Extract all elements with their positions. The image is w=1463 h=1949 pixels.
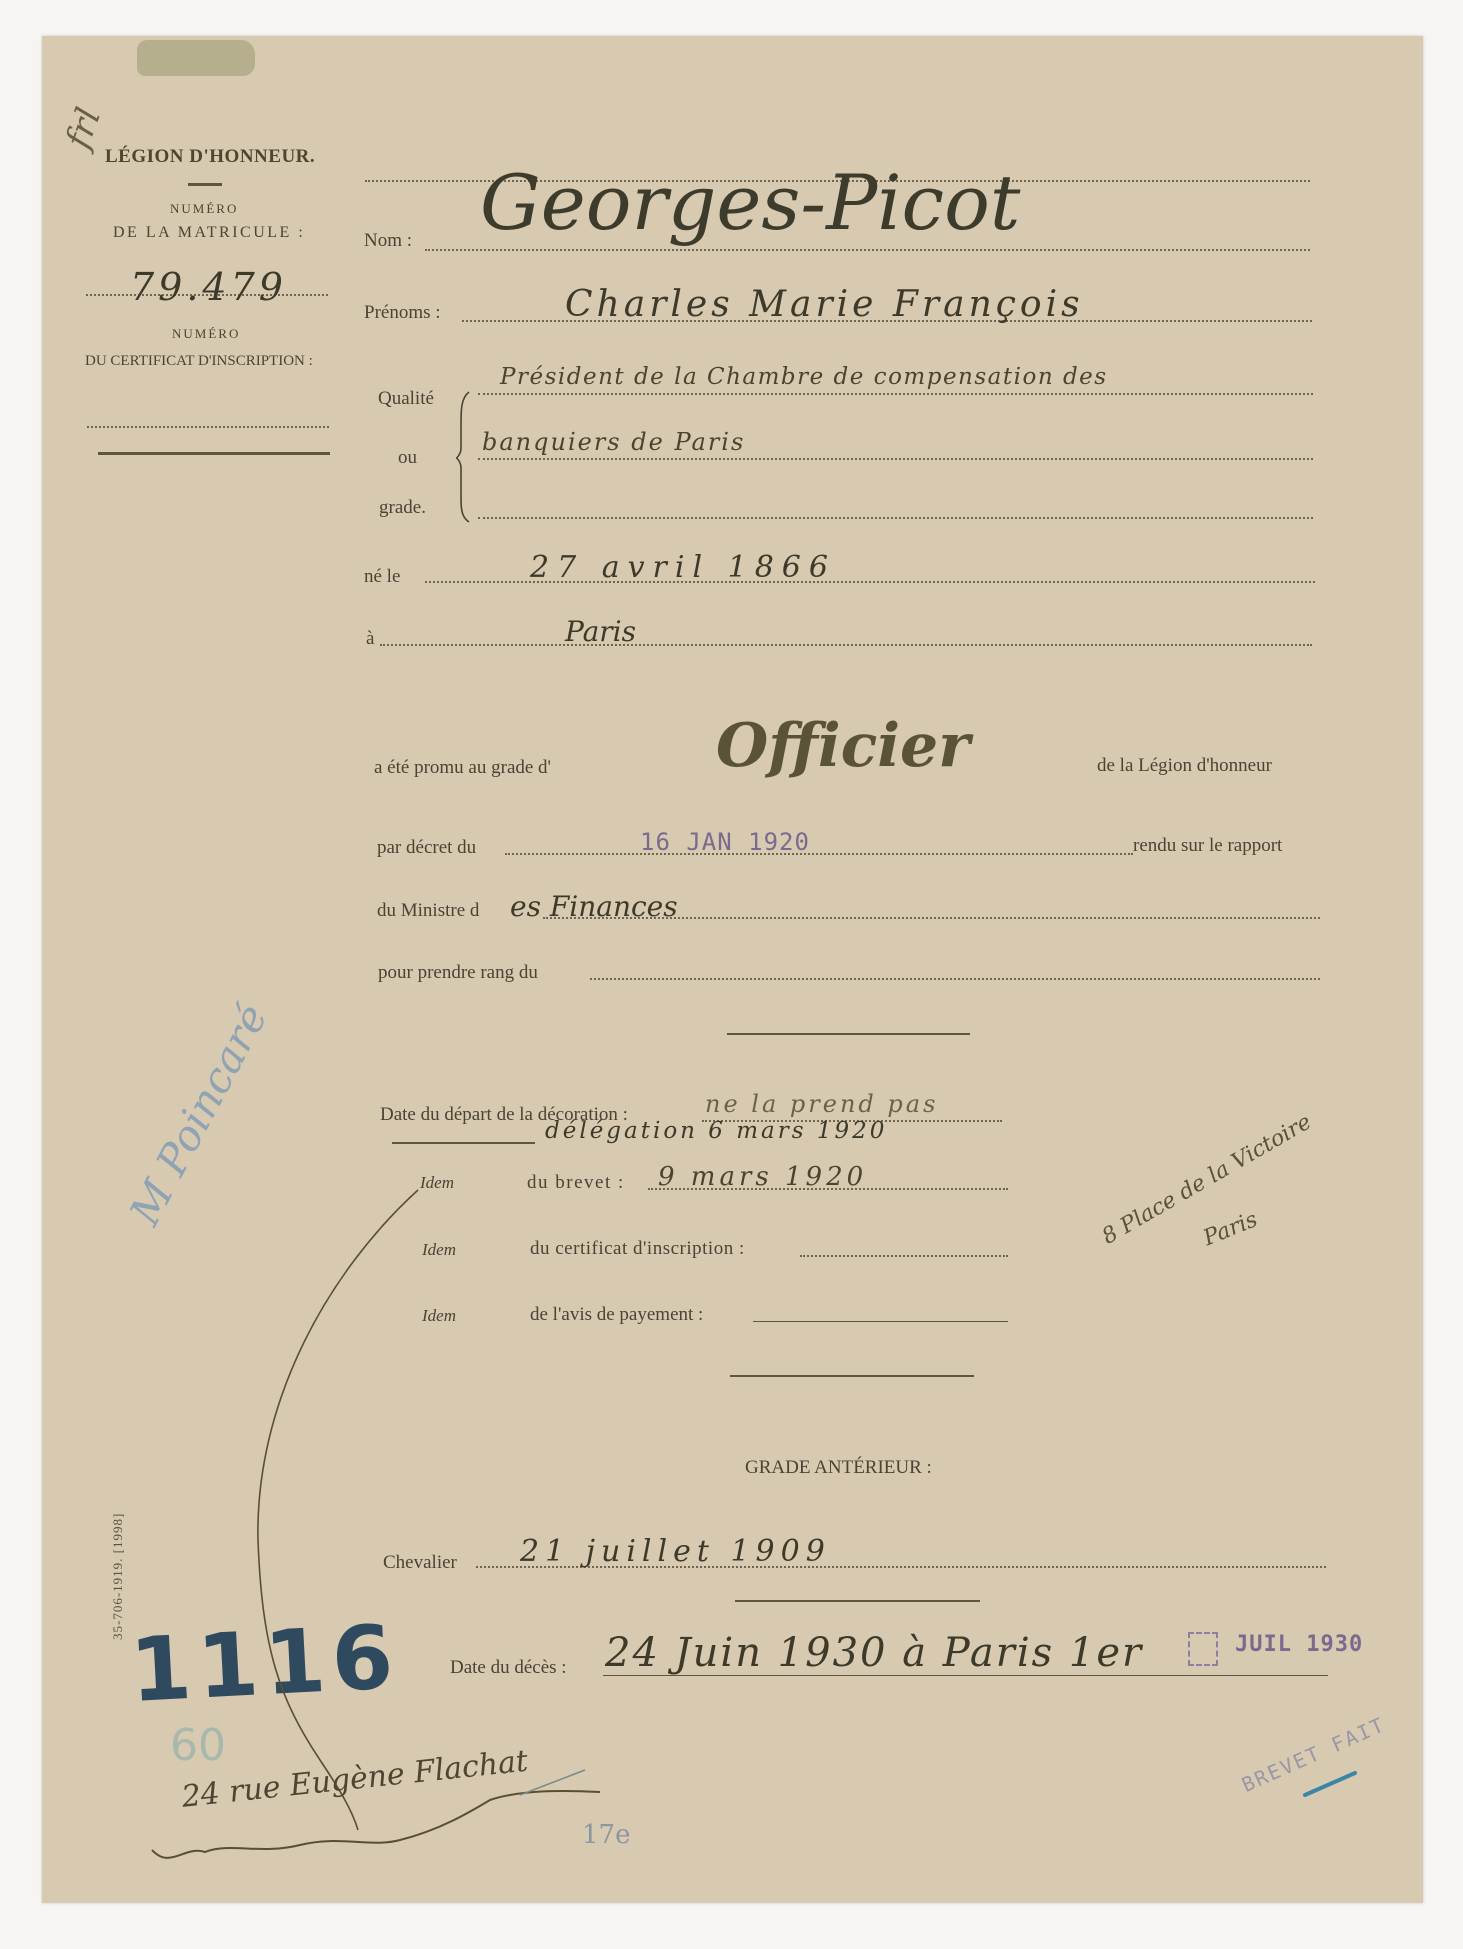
avis-line <box>753 1321 1008 1322</box>
brevet-label: du brevet : <box>527 1172 625 1194</box>
decret-stamp: 16 JAN 1920 <box>640 828 810 856</box>
ne-le-value[interactable]: 27 avril 1866 <box>530 550 836 585</box>
chevalier-label: Chevalier <box>383 1552 457 1574</box>
qualite-label-3: grade. <box>379 497 426 519</box>
promotion-prefix: a été promu au grade d' <box>374 757 551 779</box>
promotion-grade: Officier <box>716 711 970 781</box>
qualite-line-1 <box>478 393 1313 395</box>
ministre-label: du Ministre d <box>377 900 479 922</box>
depart-short-rule <box>392 1142 535 1144</box>
a-line <box>380 644 1312 646</box>
prenoms-label: Prénoms : <box>364 302 441 324</box>
qualite-value-1[interactable]: Président de la Chambre de compensation … <box>500 364 1108 390</box>
section-divider-3 <box>735 1600 980 1602</box>
grade-anterieur-title: GRADE ANTÉRIEUR : <box>745 1457 932 1479</box>
decret-line <box>505 853 1133 855</box>
promotion-suffix: de la Légion d'honneur <box>1097 755 1272 777</box>
deces-stamp: JUIL 1930 <box>1235 1632 1363 1657</box>
qualite-brace <box>455 390 475 525</box>
qualite-label-2: ou <box>398 447 417 469</box>
nom-value[interactable]: Georges-Picot <box>480 158 1020 247</box>
nom-label: Nom : <box>364 230 412 252</box>
ne-le-label: né le <box>364 566 400 588</box>
pencil-note: 17e <box>582 1820 630 1850</box>
decret-label: par décret du <box>377 837 476 859</box>
brevet-idem: Idem <box>420 1173 454 1193</box>
deces-value[interactable]: 24 Juin 1930 à Paris 1er <box>605 1630 1143 1676</box>
prenoms-value[interactable]: Charles Marie François <box>565 284 1084 325</box>
qualite-line-2 <box>478 458 1313 460</box>
brevet-value[interactable]: 9 mars 1920 <box>658 1162 867 1192</box>
avis-idem: Idem <box>422 1306 456 1326</box>
rang-label: pour prendre rang du <box>378 962 538 984</box>
decret-suffix: rendu sur le rapport <box>1133 835 1282 857</box>
a-label: à <box>366 628 374 650</box>
deces-label: Date du décès : <box>450 1657 567 1679</box>
depart-value-2[interactable]: délégation 6 mars 1920 <box>545 1118 887 1144</box>
qualite-label-1: Qualité <box>378 388 434 410</box>
certificat-idem: Idem <box>422 1240 456 1260</box>
depart-value-1[interactable]: ne la prend pas <box>705 1090 938 1118</box>
avis-label: de l'avis de payement : <box>530 1304 703 1326</box>
certificat-label: du certificat d'inscription : <box>530 1238 745 1260</box>
certificat-form-line <box>800 1255 1008 1257</box>
section-divider-1 <box>727 1033 970 1035</box>
a-value[interactable]: Paris <box>565 615 636 648</box>
deces-stamp-mark <box>1188 1632 1218 1666</box>
nom-line <box>425 249 1310 251</box>
chevalier-value[interactable]: 21 juillet 1909 <box>520 1534 831 1569</box>
rang-line <box>590 978 1320 980</box>
qualite-line-3 <box>478 517 1313 519</box>
ministre-value[interactable]: es Finances <box>510 890 678 923</box>
qualite-value-2[interactable]: banquiers de Paris <box>482 428 745 456</box>
section-divider-2 <box>730 1375 974 1377</box>
